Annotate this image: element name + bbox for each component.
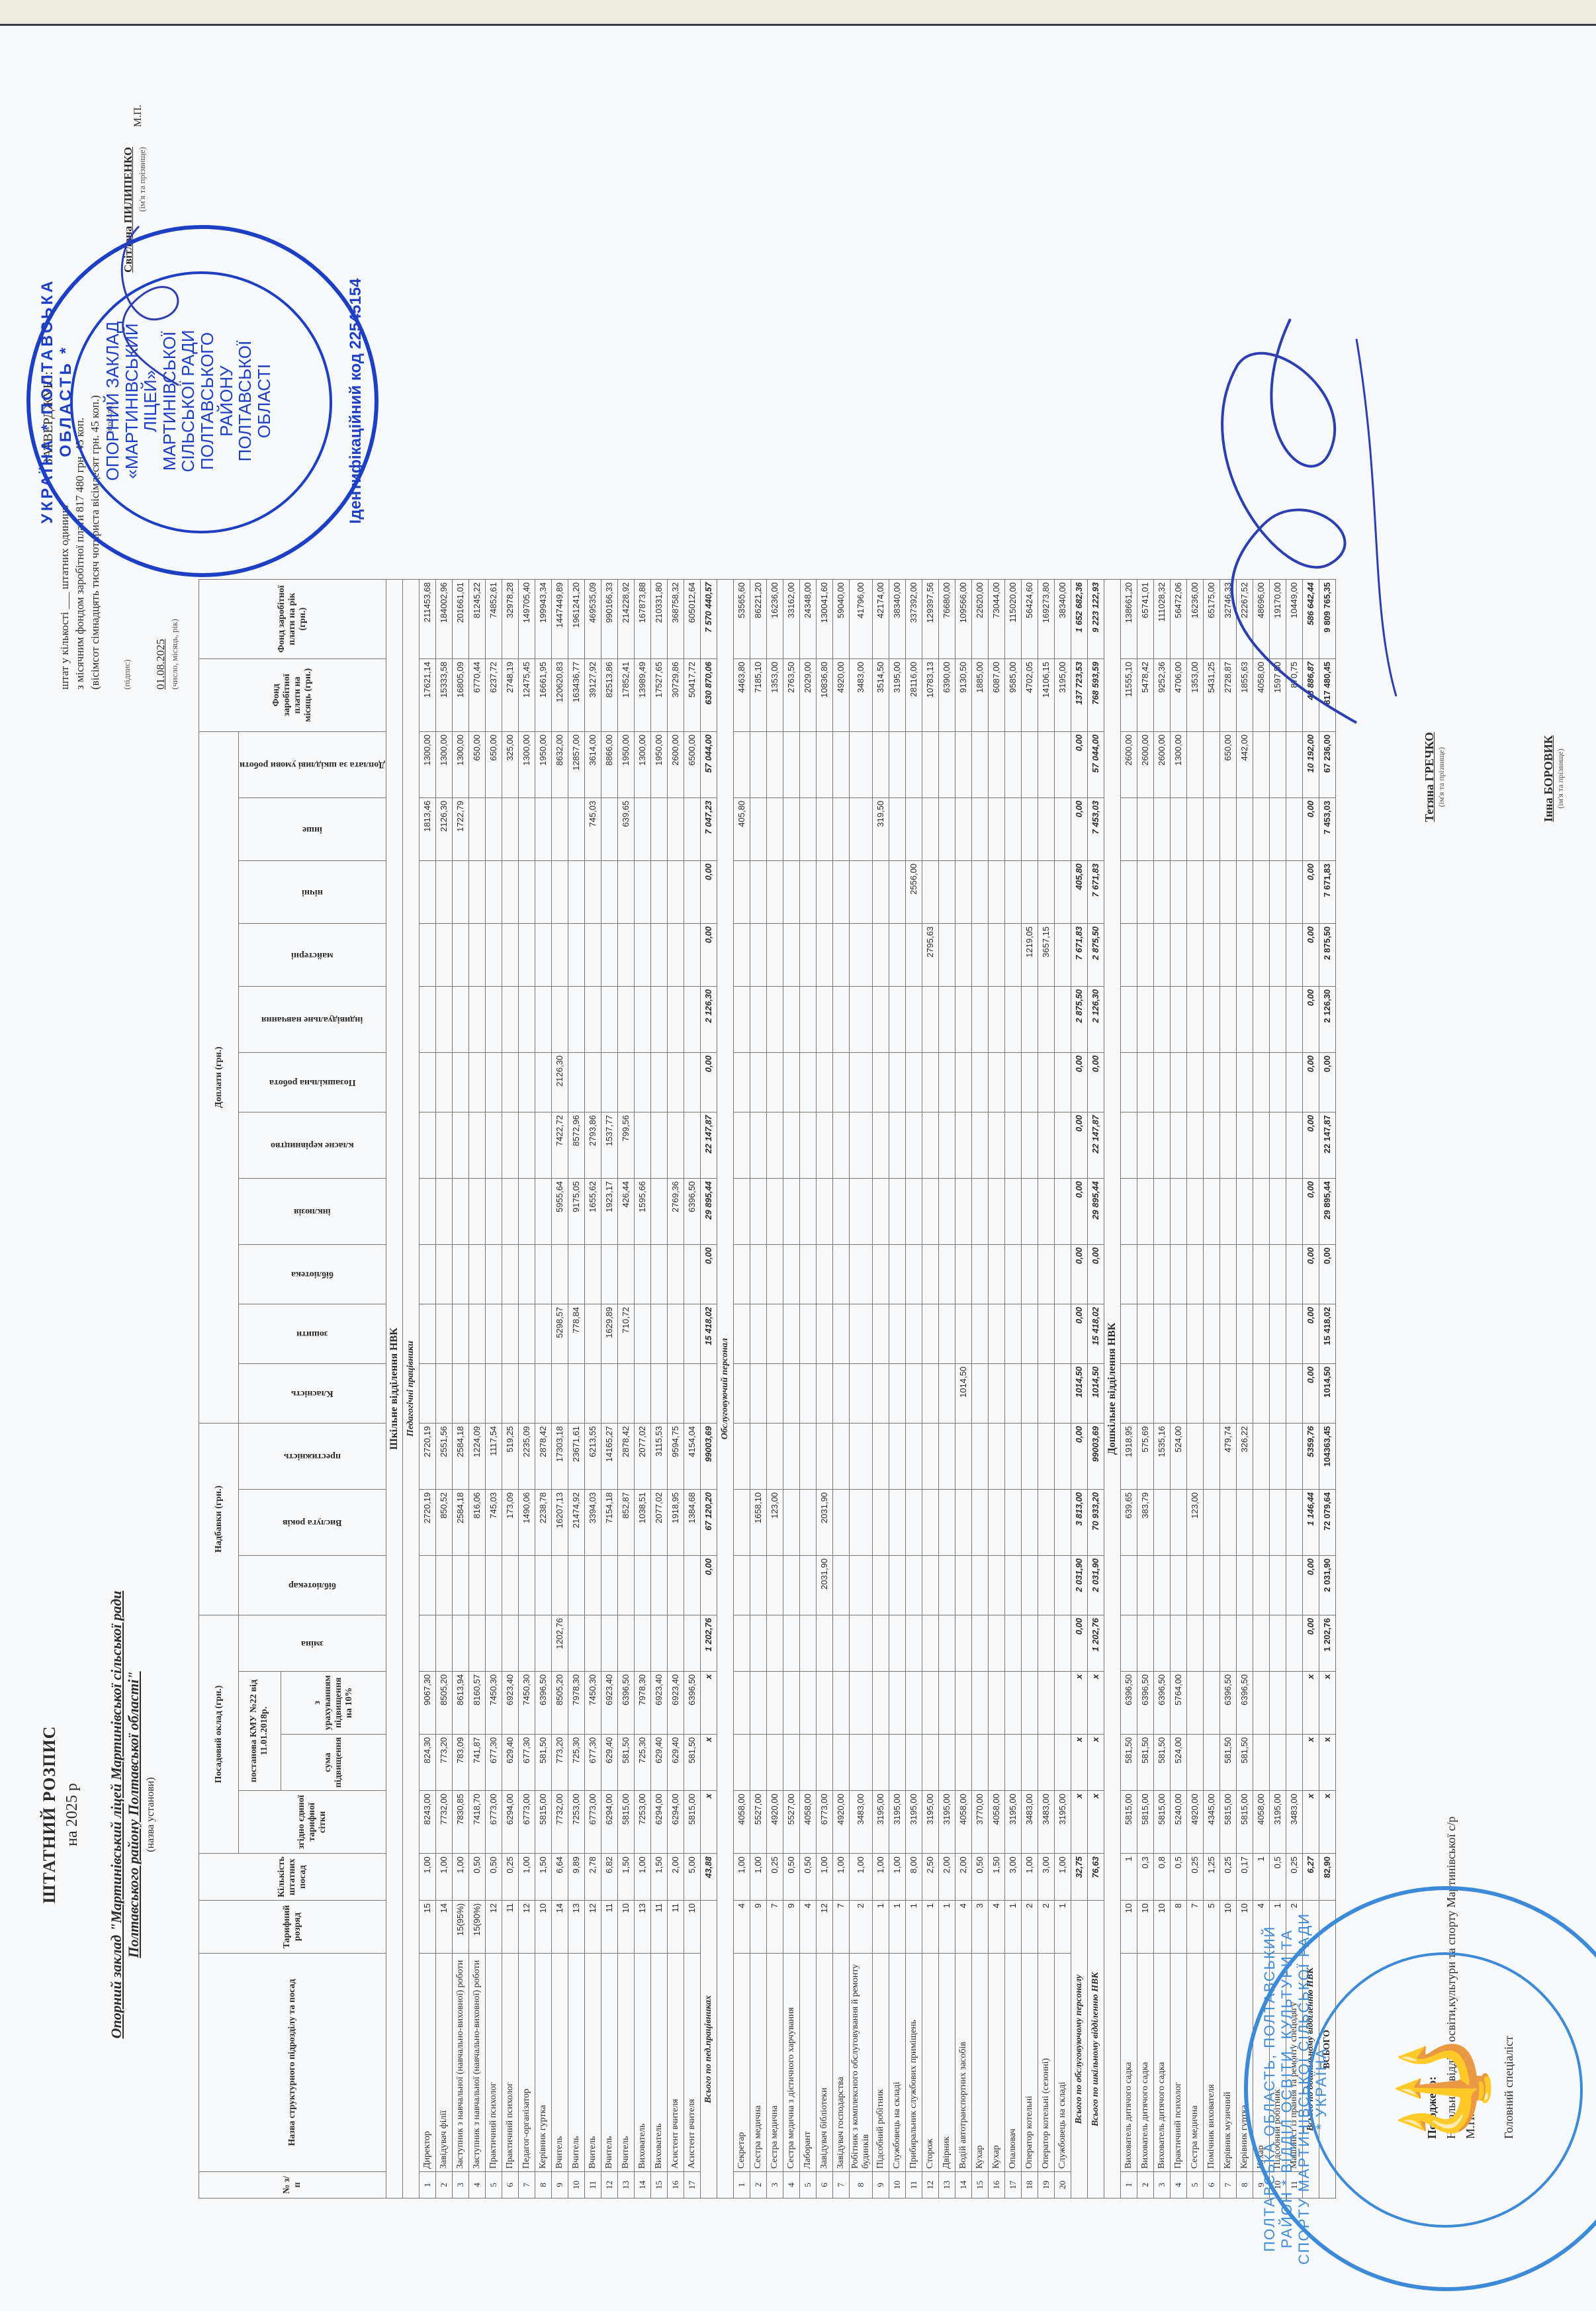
cell-inclusion: 6396,50 [684,1178,700,1244]
cell-other [1286,797,1302,860]
cell-librarian [1038,1555,1054,1615]
cell-tariff: 5815,00 [535,1791,551,1854]
cell-library [601,1244,617,1304]
cell-seniority [1253,1489,1269,1555]
cell-with_raise [750,1671,766,1734]
cell-notebooks [468,1304,485,1363]
cell-with_raise: 6396,50 [1120,1671,1137,1734]
total-club: 0,00 [1071,1112,1087,1178]
cell-harmful [1054,731,1071,797]
cell-notebooks [535,1304,551,1363]
position-count: 0,25 [1186,1854,1203,1901]
cell-change [988,1615,1004,1671]
cell-workshops [1236,923,1253,986]
cell-workshops [750,923,766,986]
cell-classroom [601,1363,617,1423]
cell-other [1170,797,1186,860]
cell-library [1038,1244,1054,1304]
cell-other [988,797,1004,860]
total-workshops: 7 671,83 [1071,923,1087,986]
cell-night [551,860,568,923]
cell-evening [617,1052,634,1112]
cell-raise: 824,30 [419,1734,435,1790]
cell-classroom [468,1363,485,1423]
cell-with_raise: 6923,40 [667,1671,684,1734]
cell-year: 210331,80 [650,579,667,658]
cell-year: 169273,80 [1038,579,1054,658]
cell-harmful [1186,731,1203,797]
cell-evening [750,1052,766,1112]
cell-year: 38340,00 [889,579,905,658]
cell-inclusion [905,1178,922,1244]
total-prestige: 5359,76 [1302,1423,1319,1489]
cell-notebooks: 5298,57 [551,1304,568,1363]
cell-notebooks [1286,1304,1302,1363]
cell-librarian [750,1555,766,1615]
cell-seniority [1004,1489,1021,1555]
total-count: 6,27 [1302,1854,1319,1901]
cell-night [750,860,766,923]
cell-other [518,797,535,860]
cell-other [938,797,955,860]
position-count: 3,00 [1038,1854,1054,1901]
row-number: 16 [988,2172,1004,2198]
cell-year: 59040,00 [832,579,849,658]
total-night: 7 671,83 [1319,860,1335,923]
cell-seniority [1153,1489,1170,1555]
position-count: 3,00 [1004,1854,1021,1901]
cell-month: 17527,65 [650,658,667,731]
cell-notebooks [650,1304,667,1363]
group-header: Педагогічні працівники [402,579,419,2198]
group-header-label: Педагогічні працівники [402,579,419,2198]
position-name: Сестра медична з дієтичного харчування [783,1954,799,2172]
approval-signature-icon [79,220,212,392]
cell-evening [889,1052,905,1112]
cell-workshops [1219,923,1236,986]
cell-year: 74852,61 [485,579,502,658]
cell-classroom [485,1363,502,1423]
cell-raise [988,1734,1004,1790]
cell-other: 1722,79 [452,797,468,860]
cell-harmful [872,731,889,797]
total-workshops: 2 875,50 [1319,923,1335,986]
cell-harmful [1253,731,1269,797]
cell-workshops [971,923,988,986]
tariff-grade: 4 [799,1901,816,1954]
cell-club [634,1112,650,1178]
cell-inclusion [922,1178,938,1244]
cell-classroom [1004,1363,1021,1423]
cell-classroom [684,1363,700,1423]
cell-night [1021,860,1038,923]
cell-evening [1120,1052,1137,1112]
total-label: Всього по шкільному відділенню НВК [1087,1901,1104,2198]
cell-tariff: 6773,00 [584,1791,601,1854]
total-seniority: 72 079,64 [1319,1489,1335,1555]
row-number: 20 [1054,2172,1071,2198]
cell-library [617,1244,634,1304]
table-row: 5Лаборант40,504058,002029,0024348,00 [799,579,816,2198]
cell-inclusion [650,1178,667,1244]
cell-raise [1253,1734,1269,1790]
cell-homeschool [905,986,922,1052]
position-count: 2,78 [584,1854,601,1901]
cell-harmful: 1950,00 [617,731,634,797]
cell-homeschool [783,986,799,1052]
tariff-grade: 11 [667,1901,684,1954]
cell-change [1236,1615,1253,1671]
position-count: 2,00 [667,1854,684,1901]
cell-night [650,860,667,923]
cell-harmful: 1300,00 [435,731,452,797]
institution-name-line2: Полтавського району Полтавської області" [125,1517,142,2112]
total-homeschool: 0,00 [1302,986,1319,1052]
cell-other: 2126,30 [435,797,452,860]
total-raise: x [1302,1734,1319,1790]
cell-evening [684,1052,700,1112]
cell-raise [1054,1734,1071,1790]
col-pay-evening: Позашкільна робота [269,1077,356,1087]
cell-librarian [435,1555,452,1615]
position-count: 1,50 [988,1854,1004,1901]
cell-classroom [1236,1363,1253,1423]
total-homeschool: 2 126,30 [1087,986,1104,1052]
total-evening: 0,00 [1302,1052,1319,1112]
cell-raise: 629,40 [650,1734,667,1790]
cell-other [783,797,799,860]
cell-inclusion [485,1178,502,1244]
cell-librarian [889,1555,905,1615]
cell-tariff: 7830,85 [452,1791,468,1854]
cell-with_raise [872,1671,889,1734]
cell-change [971,1615,988,1671]
cell-seniority [799,1489,816,1555]
cell-with_raise [1203,1671,1219,1734]
cell-with_raise [1004,1671,1021,1734]
cell-library [799,1244,816,1304]
cell-with_raise: 8505,20 [551,1671,568,1734]
cell-homeschool [485,986,502,1052]
total-notebooks: 0,00 [1071,1304,1087,1363]
cell-tariff: 5815,00 [1120,1791,1137,1854]
cell-classroom [617,1363,634,1423]
cell-prestige [1253,1423,1269,1489]
table-row: 17Опалювач13,003195,009585,00115020,00 [1004,579,1021,2198]
cell-notebooks [502,1304,518,1363]
cell-raise: 725,30 [634,1734,650,1790]
cell-classroom [551,1363,568,1423]
cell-club [1203,1112,1219,1178]
cell-inclusion: 426,44 [617,1178,634,1244]
cell-notebooks [750,1304,766,1363]
cell-other [1137,797,1153,860]
cell-librarian [733,1555,750,1615]
cell-night [783,860,799,923]
position-count: 0,25 [502,1854,518,1901]
cell-library [783,1244,799,1304]
cell-library [1253,1244,1269,1304]
cell-seniority [938,1489,955,1555]
table-row: 20Службовець на складі11,003195,003195,0… [1054,579,1071,2198]
total-harmful: 0,00 [1071,731,1087,797]
cell-change [667,1615,684,1671]
cell-library [1137,1244,1153,1304]
cell-prestige [922,1423,938,1489]
cell-change [1269,1615,1286,1671]
cell-seniority [1203,1489,1219,1555]
cell-evening [955,1052,971,1112]
tariff-grade: 1 [938,1901,955,1954]
cell-library [535,1244,551,1304]
cell-seniority: 173,09 [502,1489,518,1555]
cell-workshops [634,923,650,986]
cell-harmful: 2600,00 [667,731,684,797]
cell-homeschool [1004,986,1021,1052]
cell-other [955,797,971,860]
cell-with_raise: 7450,30 [584,1671,601,1734]
cell-notebooks: 710,72 [617,1304,634,1363]
cell-prestige: 519,25 [502,1423,518,1489]
staffing-table-body: Шкільне відділення НВКПедагогічні праців… [386,579,1335,2198]
cell-homeschool [1038,986,1054,1052]
cell-library [634,1244,650,1304]
row-number: 4 [783,2172,799,2198]
cell-other [502,797,518,860]
cell-change [849,1615,872,1671]
cell-club [1038,1112,1054,1178]
cell-year: 199943,34 [535,579,551,658]
cell-library [468,1244,485,1304]
cell-other [650,797,667,860]
cell-club [1170,1112,1186,1178]
row-number: 16 [667,2172,684,2198]
cell-club [938,1112,955,1178]
cell-inclusion [955,1178,971,1244]
staffing-table: № з/п Назва структурного підрозділу та п… [199,579,1336,2198]
cell-evening [905,1052,922,1112]
cell-prestige [766,1423,783,1489]
cell-tariff: 6773,00 [518,1791,535,1854]
table-row: 13Двірник12,003195,006390,0076680,00 [938,579,955,2198]
cell-classroom [1170,1363,1186,1423]
cell-seniority [832,1489,849,1555]
cell-raise [1269,1734,1286,1790]
cell-harmful [938,731,955,797]
cell-librarian [1219,1555,1236,1615]
cell-library [684,1244,700,1304]
cell-homeschool [971,986,988,1052]
cell-month: 50417,72 [684,658,700,731]
table-row: 10Службовець на складі11,003195,003195,0… [889,579,905,2198]
row-number: 8 [1236,2172,1253,2198]
total-harmful: 67 236,00 [1319,731,1335,797]
cell-evening [1186,1052,1203,1112]
cell-classroom [832,1363,849,1423]
total-month: 768 593,59 [1087,658,1104,731]
cell-inclusion [799,1178,816,1244]
cell-librarian [832,1555,849,1615]
tariff-grade: 15 [419,1901,435,1954]
cell-notebooks [905,1304,922,1363]
cell-library [551,1244,568,1304]
cell-notebooks [485,1304,502,1363]
col-pay-club: класне керівництво [271,1140,354,1150]
cell-library [938,1244,955,1304]
total-librarian: 0,00 [1302,1555,1319,1615]
row-number: 6 [816,2172,832,2198]
cell-homeschool [452,986,468,1052]
cell-night [971,860,988,923]
cell-tariff: 3483,00 [1038,1791,1054,1854]
cell-with_raise: 7978,30 [634,1671,650,1734]
cell-seniority: 2077,02 [650,1489,667,1555]
cell-classroom [733,1363,750,1423]
table-row: 6Практичний психолог110,256294,00629,406… [502,579,518,2198]
cell-with_raise [766,1671,783,1734]
cell-notebooks [1137,1304,1153,1363]
col-pay-workshops: майстерні [291,950,333,960]
cell-library [419,1244,435,1304]
cell-library [1021,1244,1038,1304]
cell-seniority [1038,1489,1054,1555]
row-number: 4 [468,2172,485,2198]
cell-evening [1054,1052,1071,1112]
cell-other [1253,797,1269,860]
cell-other [816,797,832,860]
tariff-grade: 4 [955,1901,971,1954]
cell-librarian [1054,1555,1071,1615]
cell-homeschool [1253,986,1269,1052]
total-classroom: 0,00 [1302,1363,1319,1423]
cell-librarian [518,1555,535,1615]
total-tariff: x [1087,1791,1104,1854]
cell-prestige [971,1423,988,1489]
position-count: 0,25 [1219,1854,1236,1901]
cell-other [1219,797,1236,860]
cell-homeschool [568,986,584,1052]
department-stamp-outer: ПОЛТАВСЬКА ОБЛАСТЬ, ПОЛТАВСЬКИЙ РАЙОН * … [1261,1910,1330,2267]
cell-raise: 773,20 [551,1734,568,1790]
total-other: 7 453,03 [1319,797,1335,860]
cell-club [889,1112,905,1178]
cell-club [650,1112,667,1178]
position-count: 1,00 [419,1854,435,1901]
cell-tariff: 3195,00 [922,1791,938,1854]
total-librarian: 2 031,90 [1319,1555,1335,1615]
cell-raise: 677,30 [518,1734,535,1790]
cell-year: 1961241,20 [568,579,584,658]
cell-inclusion [1269,1178,1286,1244]
cell-notebooks [1153,1304,1170,1363]
cell-librarian [584,1555,601,1615]
position-name: Секретар [733,1954,750,2172]
cell-evening [1021,1052,1038,1112]
cell-library [971,1244,988,1304]
cell-month: 5478,42 [1137,658,1153,731]
cell-change [650,1615,667,1671]
position-count: 0,50 [799,1854,816,1901]
cell-night [799,860,816,923]
cell-librarian [684,1555,700,1615]
cell-classroom [1269,1363,1286,1423]
cell-prestige: 14165,27 [601,1423,617,1489]
cell-inclusion: 1923,17 [601,1178,617,1244]
cell-workshops [551,923,568,986]
cell-month: 3514,50 [872,658,889,731]
cell-night [502,860,518,923]
cell-evening [1219,1052,1236,1112]
cell-seniority [849,1489,872,1555]
tariff-grade: 12 [816,1901,832,1954]
total-club: 22 147,87 [1087,1112,1104,1178]
cell-workshops [1153,923,1170,986]
total-evening: 0,00 [1319,1052,1335,1112]
cell-workshops [419,923,435,986]
cell-tariff: 5815,00 [617,1791,634,1854]
cell-change [750,1615,766,1671]
cell-night [1120,860,1137,923]
cell-change [1038,1615,1054,1671]
col-bonus-group: Надбавки (грн.) [199,1423,239,1615]
cell-other [1236,797,1253,860]
cell-year: 109566,00 [955,579,971,658]
position-count: 9,89 [568,1854,584,1901]
tariff-grade: 2 [849,1901,872,1954]
cell-inclusion [435,1178,452,1244]
total-raise: x [1071,1734,1087,1790]
cell-homeschool [551,986,568,1052]
cell-raise [766,1734,783,1790]
cell-notebooks [1004,1304,1021,1363]
row-number: 2 [1137,2172,1153,2198]
cell-library [1286,1244,1302,1304]
position-count: 1 [1253,1854,1269,1901]
cell-homeschool [617,986,634,1052]
position-name: Практичний психолог [1170,1954,1186,2172]
table-row: 7Керівник музичний100,255815,00581,50639… [1219,579,1236,2198]
cell-change [1286,1615,1302,1671]
cell-notebooks [733,1304,750,1363]
total-library: 0,00 [1302,1244,1319,1304]
table-row: 4Сестра медична з дієтичного харчування9… [783,579,799,2198]
cell-club [1137,1112,1153,1178]
col-change: зміна [301,1638,324,1649]
cell-homeschool [1203,986,1219,1052]
cell-year: 211453,68 [419,579,435,658]
cell-other [1203,797,1219,860]
cell-tariff: 3770,00 [971,1791,988,1854]
cell-other [684,797,700,860]
col-pay-classroom: Класність [291,1388,333,1398]
cell-library [750,1244,766,1304]
section-header-label: Дошкільне відділення НВК [1104,579,1120,2198]
position-count: 1,00 [849,1854,872,1901]
cell-prestige: 2720,19 [419,1423,435,1489]
signature-scribble-icon [1158,306,1436,736]
cell-club [535,1112,551,1178]
total-harmful: 57 044,00 [700,731,717,797]
table-row: 16Кухар41,504058,006087,0073044,00 [988,579,1004,2198]
cell-library [650,1244,667,1304]
position-count: 1,00 [733,1854,750,1901]
cell-seniority [1236,1489,1253,1555]
cell-harmful: 1950,00 [650,731,667,797]
cell-other: 405,80 [733,797,750,860]
cell-tariff: 5815,00 [684,1791,700,1854]
total-prestige: 99003,69 [1087,1423,1104,1489]
cell-inclusion [988,1178,1004,1244]
